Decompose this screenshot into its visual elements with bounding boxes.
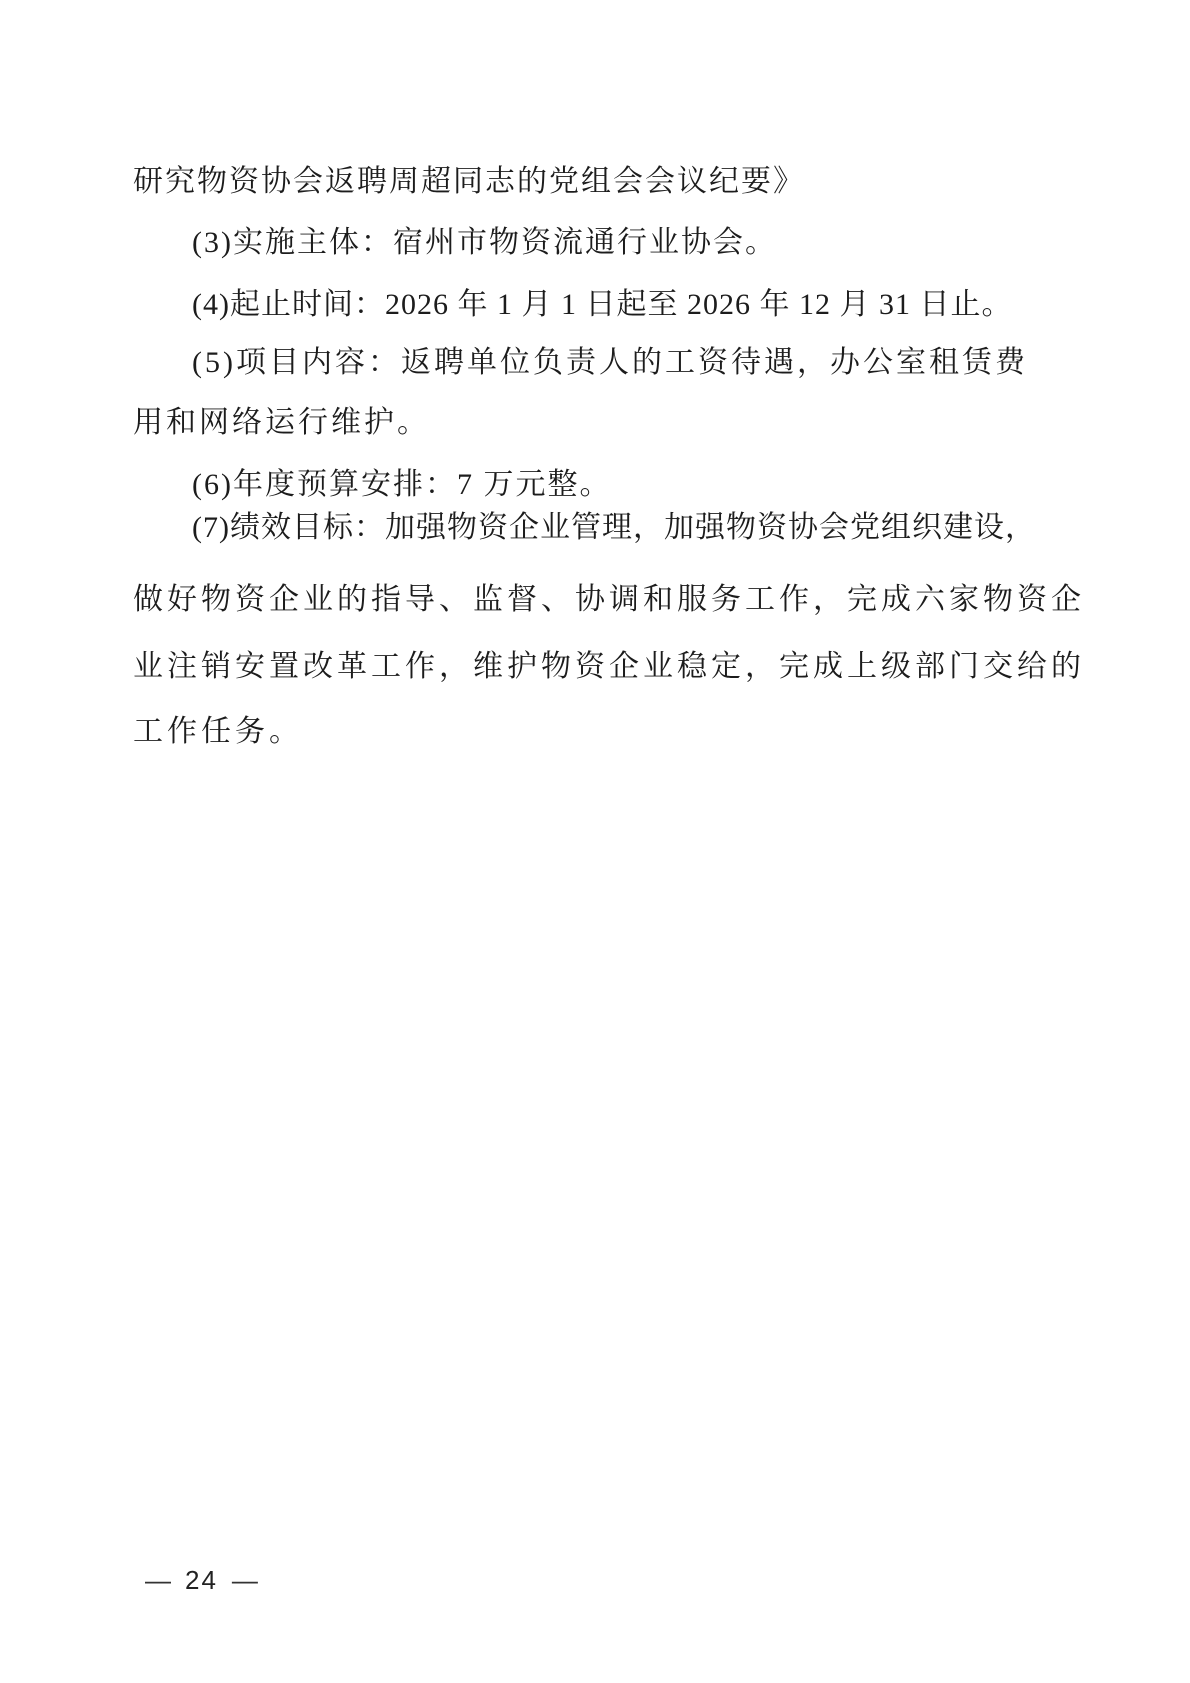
document-page: 研究物资协会返聘周超同志的党组会会议纪要》 (3)实施主体：宿州市物资流通行业协… — [0, 0, 1190, 1683]
page-footer: —24— — [145, 1565, 258, 1596]
paragraph-line: (3)实施主体：宿州市物资流通行业协会。 — [192, 223, 1070, 263]
page-number: 24 — [185, 1565, 218, 1596]
paragraph-line: 用和网络运行维护。 — [133, 403, 1070, 443]
footer-dash-left: — — [145, 1565, 171, 1596]
paragraph-line: 业注销安置改革工作，维护物资企业稳定，完成上级部门交给的 — [133, 647, 1070, 687]
paragraph-line: 工作任务。 — [133, 712, 1070, 752]
paragraph-line: 做好物资企业的指导、监督、协调和服务工作，完成六家物资企 — [133, 580, 1070, 620]
paragraph-line: (5)项目内容：返聘单位负责人的工资待遇，办公室租赁费 — [192, 343, 1070, 383]
paragraph-line: 研究物资协会返聘周超同志的党组会会议纪要》 — [133, 162, 1070, 202]
paragraph-line: (7)绩效目标：加强物资企业管理，加强物资协会党组织建设， — [192, 508, 1070, 548]
paragraph-line: (6)年度预算安排：7 万元整。 — [192, 465, 1070, 505]
paragraph-line: (4)起止时间：2026 年 1 月 1 日起至 2026 年 12 月 31 … — [192, 285, 1070, 325]
footer-dash-right: — — [232, 1565, 258, 1596]
